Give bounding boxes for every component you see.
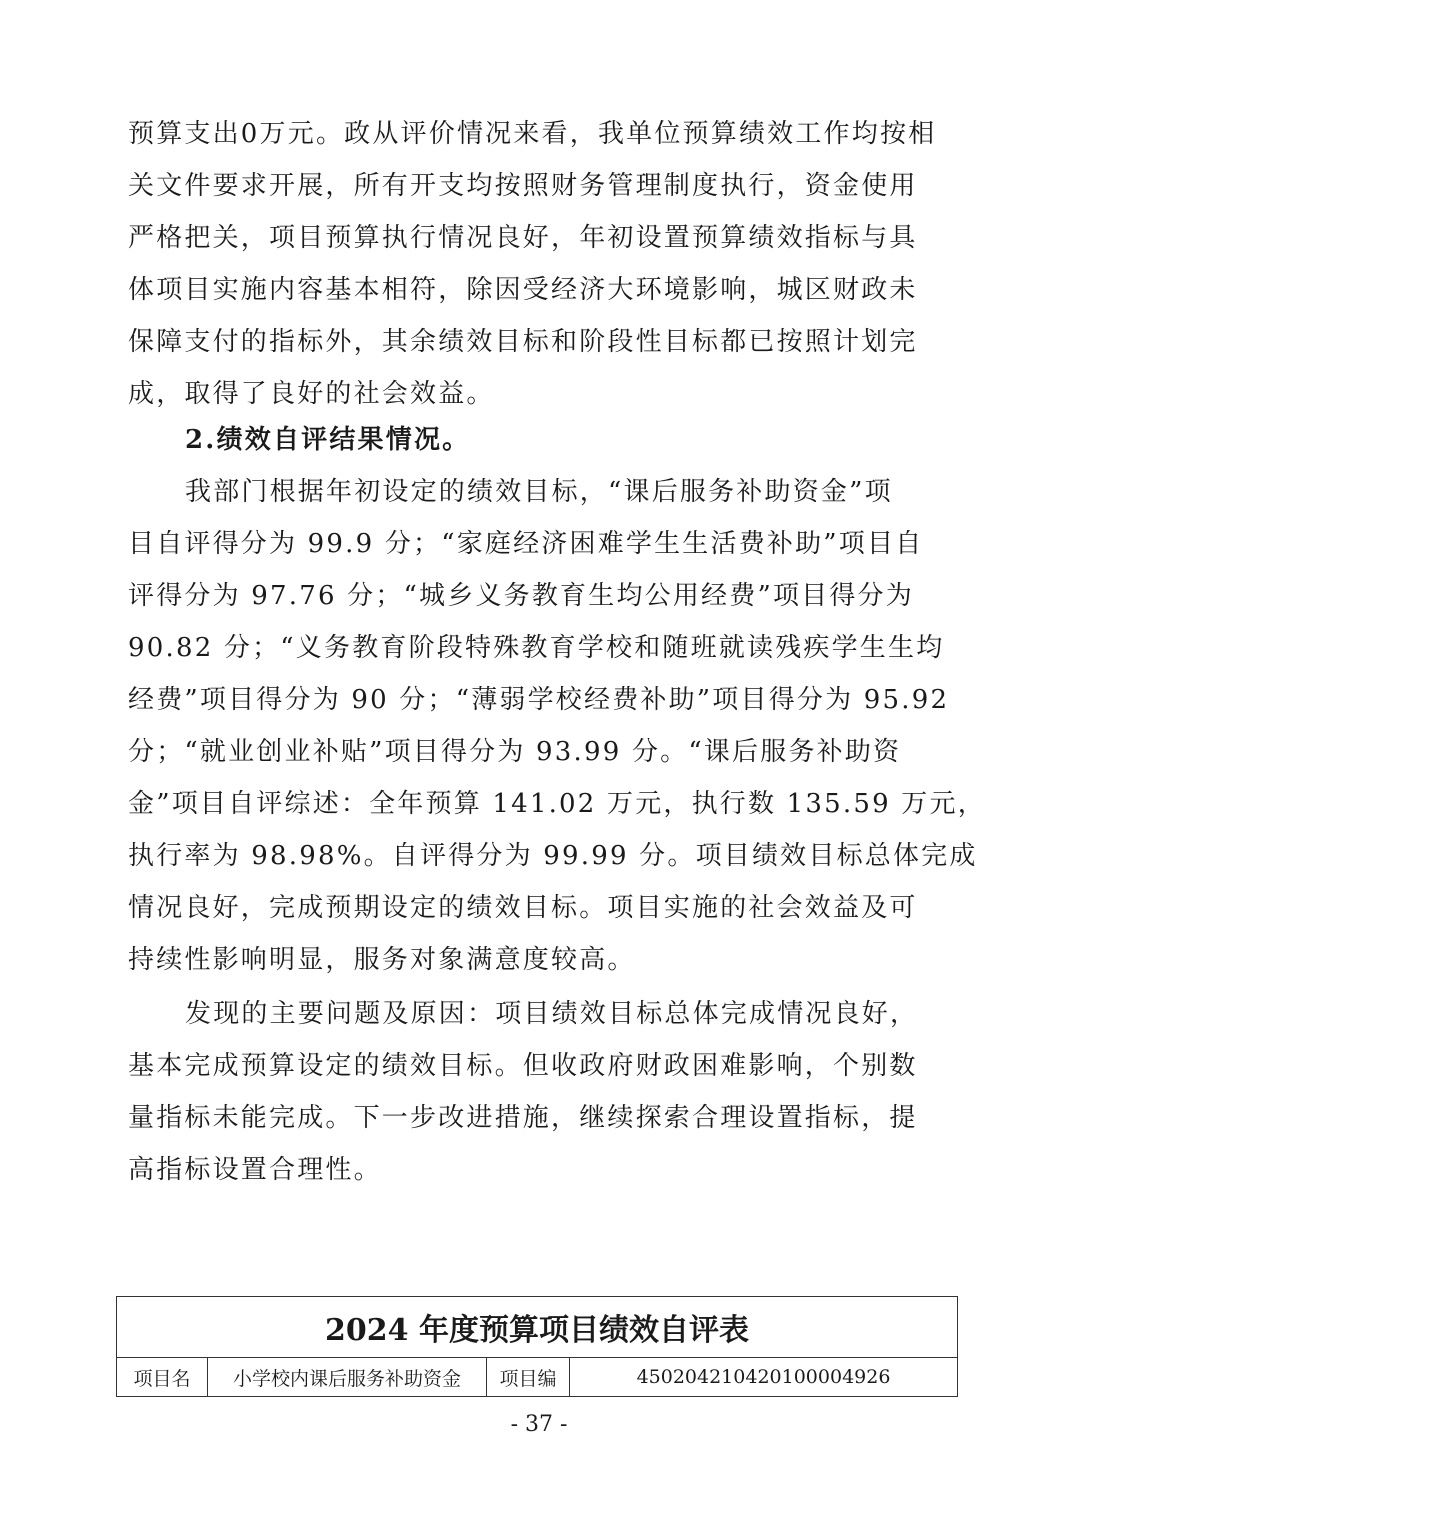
paragraph-line: 持续性影响明显，服务对象满意度较高。 — [128, 934, 636, 986]
paragraph-line: 高指标设置合理性。 — [128, 1144, 382, 1196]
page-number: - 37 - — [0, 1412, 1078, 1437]
paragraph-line: 基本完成预算设定的绩效目标。但收政府财政困难影响，个别数 — [128, 1040, 918, 1092]
paragraph-line: 执行率为 98.98%。自评得分为 99.99 分。项目绩效目标总体完成 — [128, 830, 978, 882]
paragraph-line: 严格把关，项目预算执行情况良好，年初设置预算绩效指标与具 — [128, 212, 918, 264]
paragraph-line: 保障支付的指标外，其余绩效目标和阶段性目标都已按照计划完 — [128, 316, 918, 368]
paragraph-line: 成，取得了良好的社会效益。 — [128, 368, 495, 420]
paragraph-line: 体项目实施内容基本相符，除因受经济大环境影响，城区财政未 — [128, 264, 918, 316]
table-title: 2024 年度预算项目绩效自评表 — [117, 1297, 958, 1358]
paragraph-line: 关文件要求开展，所有开支均按照财务管理制度执行，资金使用 — [128, 160, 918, 212]
paragraph-line: 量指标未能完成。下一步改进措施，继续探索合理设置指标，提 — [128, 1092, 918, 1144]
self-evaluation-table: 2024 年度预算项目绩效自评表 项目名 小学校内课后服务补助资金 项目编 45… — [116, 1296, 958, 1397]
project-code-value: 450204210420100004926 — [570, 1358, 958, 1397]
table-row: 项目名 小学校内课后服务补助资金 项目编 4502042104201000049… — [117, 1358, 958, 1397]
section-heading: 2.绩效自评结果情况。 — [185, 414, 470, 466]
project-code-label: 项目编 — [487, 1358, 570, 1397]
project-name-label: 项目名 — [117, 1358, 208, 1397]
paragraph-line: 金”项目自评综述：全年预算 141.02 万元，执行数 135.59 万元， — [128, 778, 986, 830]
paragraph-line: 目自评得分为 99.9 分；“家庭经济困难学生生活费补助”项目自 — [128, 518, 923, 570]
paragraph-line: 经费”项目得分为 90 分；“薄弱学校经费补助”项目得分为 95.92 — [128, 674, 949, 726]
project-name-value: 小学校内课后服务补助资金 — [208, 1358, 487, 1397]
paragraph-line: 发现的主要问题及原因：项目绩效目标总体完成情况良好， — [185, 988, 918, 1040]
paragraph-line: 情况良好，完成预期设定的绩效目标。项目实施的社会效益及可 — [128, 882, 918, 934]
document-page: 预算支出0万元。政从评价情况来看，我单位预算绩效工作均按相 关文件要求开展，所有… — [0, 0, 1429, 1520]
paragraph-line: 90.82 分；“义务教育阶段特殊教育学校和随班就读残疾学生生均 — [128, 622, 944, 674]
paragraph-line: 评得分为 97.76 分；“城乡义务教育生均公用经费”项目得分为 — [128, 570, 914, 622]
paragraph-line: 预算支出0万元。政从评价情况来看，我单位预算绩效工作均按相 — [128, 108, 936, 160]
paragraph-line: 分；“就业创业补贴”项目得分为 93.99 分。“课后服务补助资 — [128, 726, 901, 778]
paragraph-line: 我部门根据年初设定的绩效目标，“课后服务补助资金”项 — [185, 466, 893, 518]
